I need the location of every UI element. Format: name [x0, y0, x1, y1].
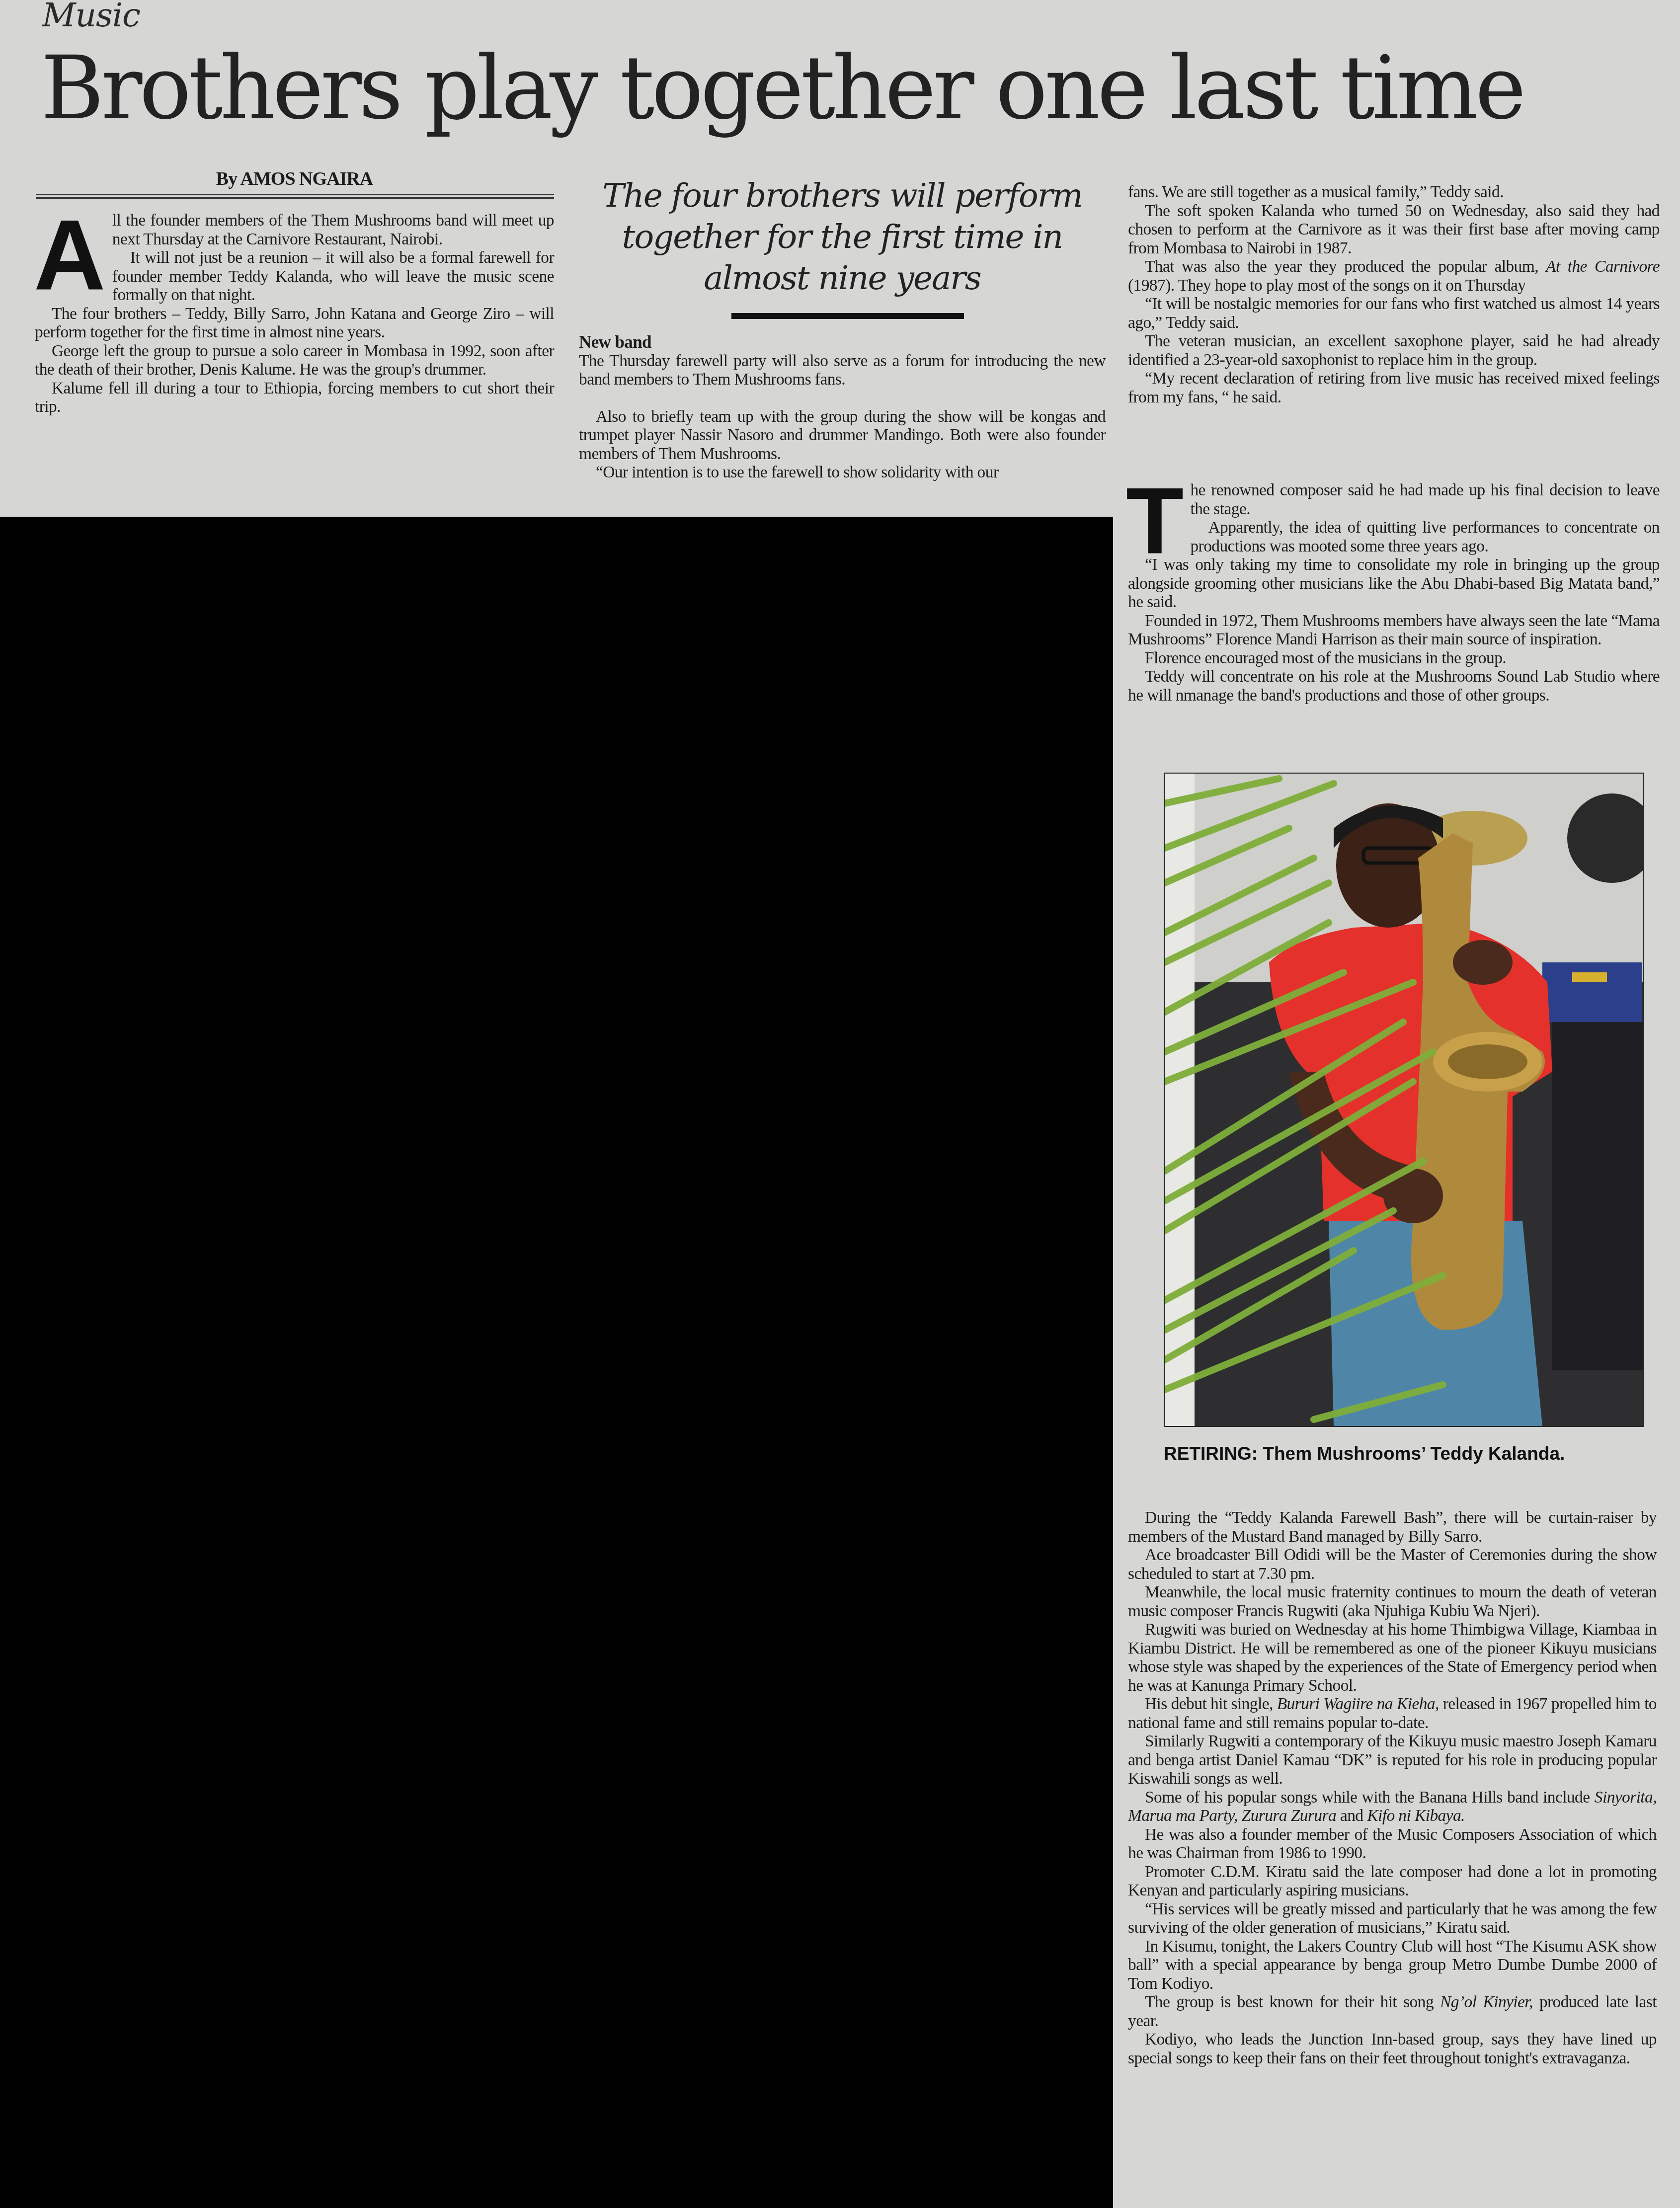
album-title: At the Carnivore: [1546, 257, 1660, 276]
paragraph: Some of his popular songs while with the…: [1128, 1788, 1657, 1825]
paragraph: Apparently, the idea of quitting live pe…: [1128, 518, 1660, 555]
text: and: [1336, 1807, 1367, 1825]
paragraph: That was also the year they produced the…: [1128, 257, 1660, 295]
paragraph: “His services will be greatly missed and…: [1128, 1900, 1657, 1937]
paragraph: Kodiyo, who leads the Junction Inn-based…: [1128, 2030, 1657, 2067]
pull-quote-rule: [731, 313, 964, 319]
photo-teddy-kalanda: [1164, 773, 1644, 1427]
paragraph: Similarly Rugwiti a contemporary of the …: [1128, 1732, 1657, 1788]
paragraph: “My recent declaration of retiring from …: [1128, 369, 1660, 406]
text: The group is best known for their hit so…: [1145, 1993, 1440, 2011]
song-title: Bururi Wagiire na Kieha,: [1277, 1695, 1439, 1713]
paragraph: The veteran musician, an excellent saxop…: [1128, 332, 1660, 369]
text: Some of his popular songs while with the…: [1145, 1788, 1595, 1807]
paragraph: Ace broadcaster Bill Odidi will be the M…: [1128, 1546, 1657, 1583]
song-title: Kifo ni Kibaya.: [1367, 1807, 1465, 1825]
drop-cap: A: [34, 218, 105, 293]
article-column-1: A ll the founder members of the Them Mus…: [35, 211, 554, 416]
paragraph: In Kisumu, tonight, the Lakers Country C…: [1128, 1937, 1657, 1993]
paragraph: Promoter C.D.M. Kiratu said the late com…: [1128, 1863, 1657, 1900]
article-column-3: fans. We are still together as a musical…: [1128, 183, 1660, 406]
paragraph: The four brothers – Teddy, Billy Sarro, …: [35, 305, 554, 342]
paragraph: The group is best known for their hit so…: [1128, 1993, 1657, 2030]
section-label: Music: [42, 0, 140, 34]
headline: Brothers play together one last time: [41, 39, 1523, 138]
paragraph: The soft spoken Kalanda who turned 50 on…: [1128, 202, 1660, 258]
paragraph: His debut hit single, Bururi Wagiire na …: [1128, 1695, 1657, 1732]
article-column-3-bottom: During the “Teddy Kalanda Farewell Bash”…: [1128, 1508, 1657, 2067]
drop-cap: T: [1126, 486, 1183, 555]
saxophonist-photo-icon: [1165, 774, 1643, 1426]
pull-quote: The four brothers will perform together …: [576, 175, 1108, 299]
paragraph: fans. We are still together as a musical…: [1128, 183, 1660, 202]
article-column-3-continued: T he renowned composer said he had made …: [1128, 481, 1660, 705]
text: His debut hit single,: [1145, 1695, 1277, 1713]
paragraph: Founded in 1972, Them Mushrooms members …: [1128, 612, 1660, 649]
paragraph: Rugwiti was buried on Wednesday at his h…: [1128, 1620, 1657, 1695]
paragraph: Kalume fell ill during a tour to Ethiopi…: [35, 379, 554, 416]
paragraph: he renowned composer said he had made up…: [1128, 481, 1660, 518]
subheading: New band: [579, 333, 1106, 352]
paragraph: The Thursday farewell party will also se…: [579, 352, 1106, 389]
byline: By AMOS NGAIRA: [35, 168, 554, 190]
paragraph: Meanwhile, the local music fraternity co…: [1128, 1583, 1657, 1620]
article-column-2: New band The Thursday farewell party wil…: [579, 333, 1106, 482]
paragraph: He was also a founder member of the Musi…: [1128, 1825, 1657, 1863]
paragraph: George left the group to pursue a solo c…: [35, 342, 554, 379]
paragraph: “Our intention is to use the farewell to…: [579, 463, 1106, 482]
byline-rule: [36, 194, 554, 199]
blacked-out-region: [0, 517, 1113, 2208]
song-title: Ng’ol Kinyier,: [1440, 1993, 1533, 2011]
paragraph: “It will be nostalgic memories for our f…: [1128, 295, 1660, 332]
paragraph: Florence encouraged most of the musician…: [1128, 649, 1660, 668]
text: (1987). They hope to play most of the so…: [1128, 276, 1526, 295]
paragraph: During the “Teddy Kalanda Farewell Bash”…: [1128, 1508, 1657, 1546]
paragraph: “I was only taking my time to consolidat…: [1128, 555, 1660, 612]
paragraph: It will not just be a reunion – it will …: [35, 248, 554, 305]
paragraph: Also to briefly team up with the group d…: [579, 407, 1106, 464]
text: That was also the year they produced the…: [1145, 257, 1546, 276]
photo-caption: RETIRING: Them Mushrooms’ Teddy Kalanda.: [1164, 1443, 1661, 1464]
paragraph: ll the founder members of the Them Mushr…: [35, 211, 554, 248]
paragraph: Teddy will concentrate on his role at th…: [1128, 667, 1660, 705]
